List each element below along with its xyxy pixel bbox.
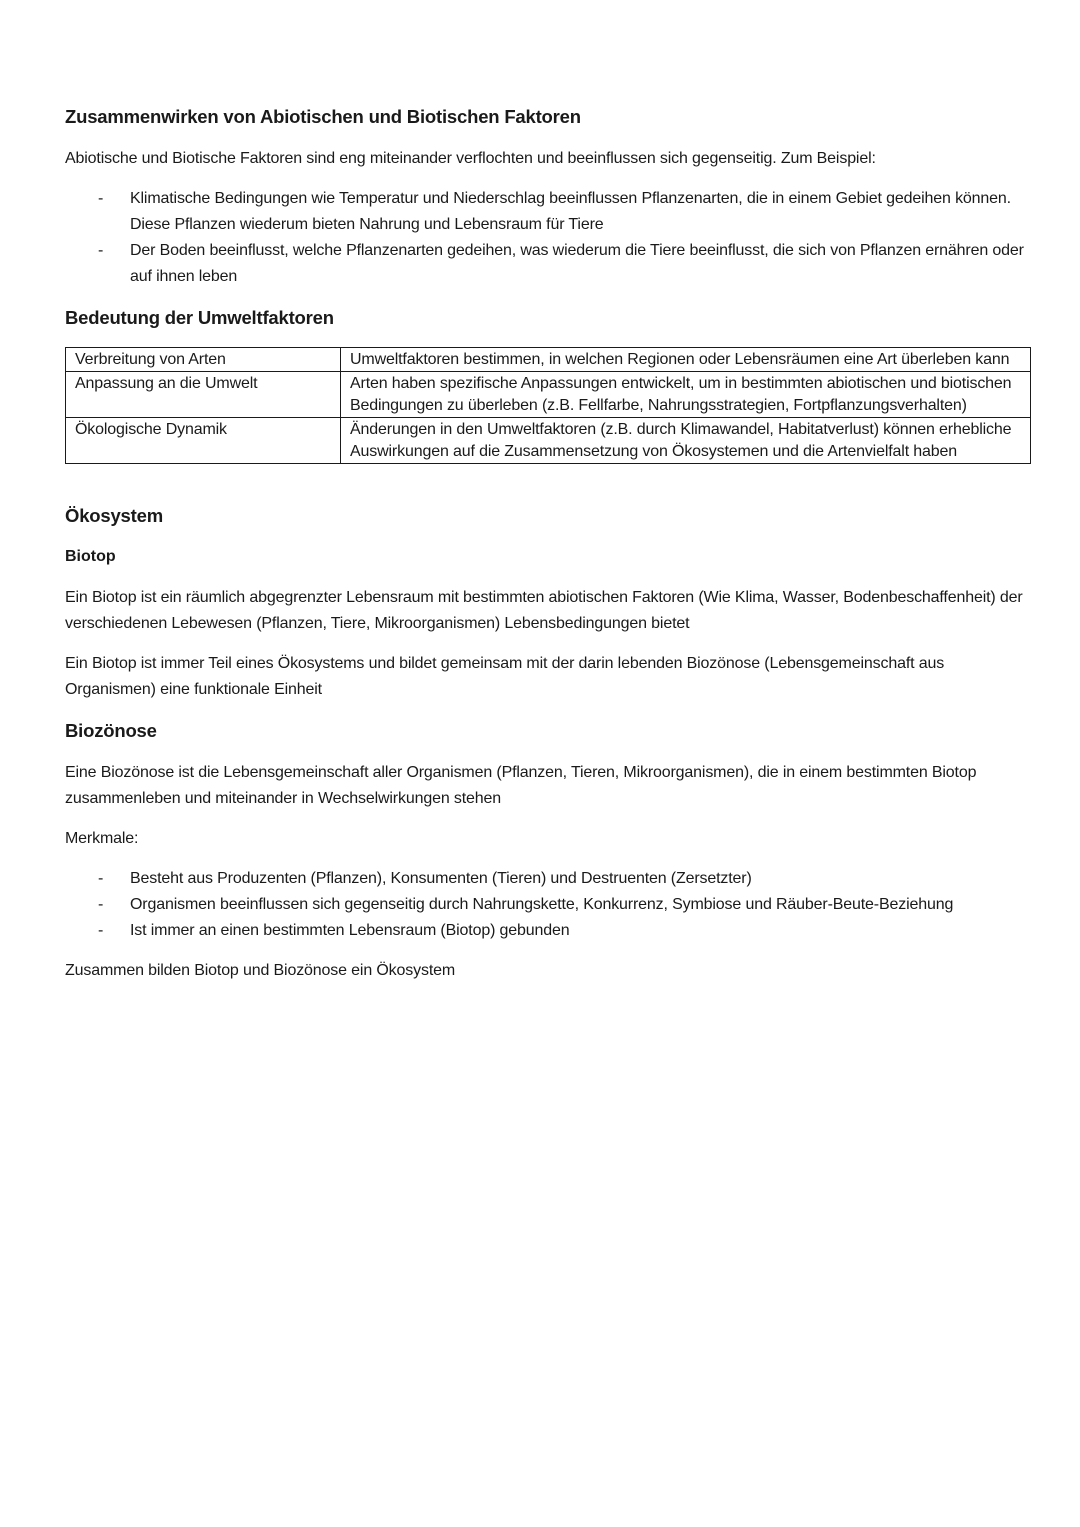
heading-biozoenose: Biozönose — [65, 719, 1031, 743]
table-cell-term: Verbreitung von Arten — [66, 348, 341, 372]
list-item: Der Boden beeinflusst, welche Pflanzenar… — [65, 238, 1031, 290]
biozoenose-paragraph: Eine Biozönose ist die Lebensgemeinschaf… — [65, 760, 1031, 812]
heading-biotop: Biotop — [65, 546, 1031, 568]
list-item: Besteht aus Produzenten (Pflanzen), Kons… — [65, 866, 1031, 892]
features-list: Besteht aus Produzenten (Pflanzen), Kons… — [65, 866, 1031, 944]
list-item: Klimatische Bedingungen wie Temperatur u… — [65, 186, 1031, 238]
table-cell-desc: Umweltfaktoren bestimmen, in welchen Reg… — [341, 348, 1031, 372]
heading-ecosystem: Ökosystem — [65, 504, 1031, 528]
table-row: Ökologische Dynamik Änderungen in den Um… — [66, 418, 1031, 464]
list-item: Organismen beeinflussen sich gegenseitig… — [65, 892, 1031, 918]
table-cell-term: Anpassung an die Umwelt — [66, 372, 341, 418]
heading-importance: Bedeutung der Umweltfaktoren — [65, 306, 1031, 330]
table-row: Verbreitung von Arten Umweltfaktoren bes… — [66, 348, 1031, 372]
conclusion-paragraph: Zusammen bilden Biotop und Biozönose ein… — [65, 958, 1031, 984]
biotop-paragraph-1: Ein Biotop ist ein räumlich abgegrenzter… — [65, 585, 1031, 637]
features-label: Merkmale: — [65, 826, 1031, 852]
table-row: Anpassung an die Umwelt Arten haben spez… — [66, 372, 1031, 418]
table-cell-desc: Arten haben spezifische Anpassungen entw… — [341, 372, 1031, 418]
document-page: Zusammenwirken von Abiotischen und Bioti… — [65, 105, 1031, 984]
interaction-list: Klimatische Bedingungen wie Temperatur u… — [65, 186, 1031, 290]
table-cell-desc: Änderungen in den Umweltfaktoren (z.B. d… — [341, 418, 1031, 464]
list-item: Ist immer an einen bestimmten Lebensraum… — [65, 918, 1031, 944]
intro-paragraph: Abiotische und Biotische Faktoren sind e… — [65, 146, 1031, 172]
heading-interaction: Zusammenwirken von Abiotischen und Bioti… — [65, 105, 1031, 129]
table-cell-term: Ökologische Dynamik — [66, 418, 341, 464]
biotop-paragraph-2: Ein Biotop ist immer Teil eines Ökosyste… — [65, 651, 1031, 703]
importance-table: Verbreitung von Arten Umweltfaktoren bes… — [65, 347, 1031, 464]
